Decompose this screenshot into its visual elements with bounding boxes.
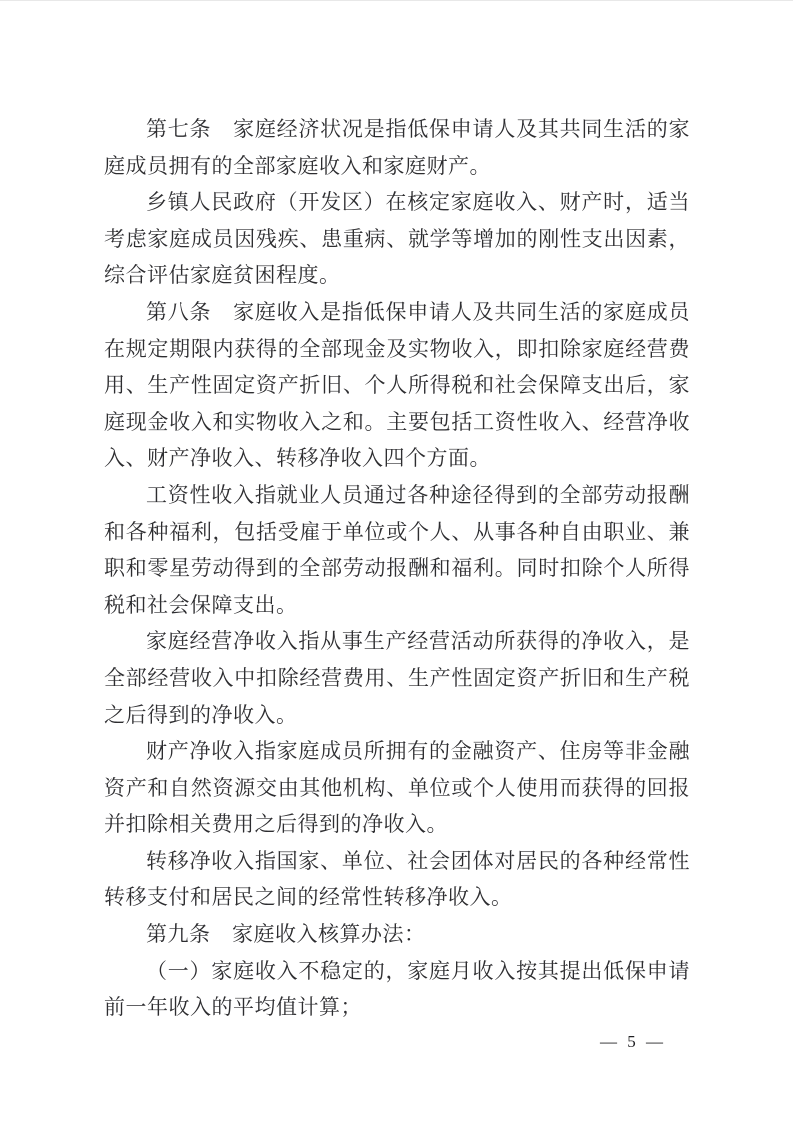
paragraph-business-income: 家庭经营净收入指从事生产经营活动所获得的净收入，是全部经营收入中扣除经营费用、生… — [104, 623, 690, 733]
paragraph-transfer-income: 转移净收入指国家、单位、社会团体对居民的各种经常性转移支付和居民之间的经常性转移… — [104, 843, 690, 916]
paragraph-article-7-cont: 乡镇人民政府（开发区）在核定家庭收入、财产时，适当考虑家庭成员因残疾、患重病、就… — [104, 184, 690, 294]
document-body: 第七条 家庭经济状况是指低保申请人及其共同生活的家庭成员拥有的全部家庭收入和家庭… — [104, 111, 690, 1026]
page-number: — 5 — — [600, 1032, 666, 1052]
paragraph-article-7: 第七条 家庭经济状况是指低保申请人及其共同生活的家庭成员拥有的全部家庭收入和家庭… — [104, 111, 690, 184]
paragraph-property-income: 财产净收入指家庭成员所拥有的金融资产、住房等非金融资产和自然资源交由其他机构、单… — [104, 733, 690, 843]
paragraph-article-8: 第八条 家庭收入是指低保申请人及共同生活的家庭成员在规定期限内获得的全部现金及实… — [104, 294, 690, 477]
paragraph-item-1: （一）家庭收入不稳定的，家庭月收入按其提出低保申请前一年收入的平均值计算； — [104, 953, 690, 1026]
paragraph-wage-income: 工资性收入指就业人员通过各种途径得到的全部劳动报酬和各种福利，包括受雇于单位或个… — [104, 477, 690, 623]
document-page: 第七条 家庭经济状况是指低保申请人及其共同生活的家庭成员拥有的全部家庭收入和家庭… — [0, 0, 793, 1122]
paragraph-article-9: 第九条 家庭收入核算办法： — [104, 916, 690, 953]
